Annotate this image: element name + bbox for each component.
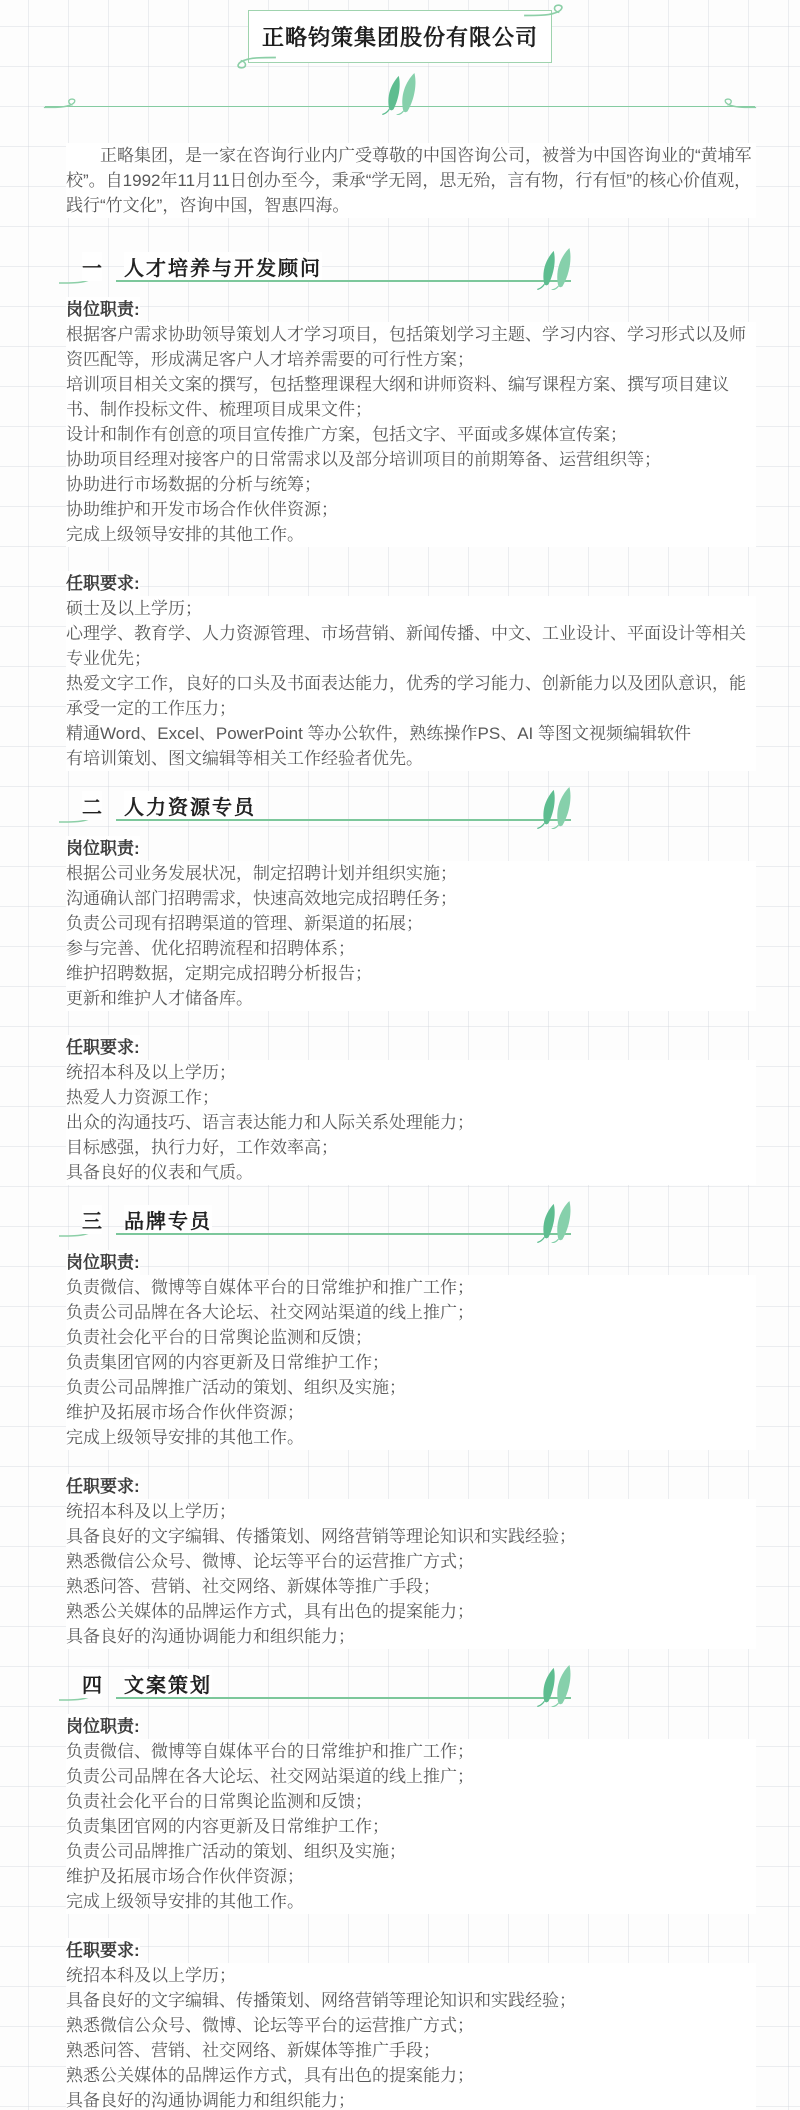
responsibilities-list: 根据公司业务发展状况，制定招聘计划并组织实施；沟通确认部门招聘需求，快速高效地完… xyxy=(66,861,756,1011)
requirements-list: 硕士及以上学历；心理学、教育学、人力资源管理、市场营销、新闻传播、中文、工业设计… xyxy=(66,596,756,771)
vine-curl-icon xyxy=(43,96,79,110)
section-title: 文案策划 xyxy=(124,1669,212,1698)
responsibilities-label: 岗位职责: xyxy=(66,297,140,322)
responsibilities-list: 根据客户需求协助领导策划人才学习项目，包括策划学习主题、学习内容、学习形式以及师… xyxy=(66,322,756,547)
section-underline xyxy=(116,280,571,282)
requirements-label: 任职要求: xyxy=(66,1474,140,1499)
bamboo-leaves-icon xyxy=(534,248,576,290)
responsibility-line: 协助进行市场数据的分析与统筹； xyxy=(66,472,756,497)
section-underline xyxy=(116,819,571,821)
responsibilities-list: 负责微信、微博等自媒体平台的日常维护和推广工作；负责公司品牌在各大论坛、社交网站… xyxy=(66,1275,756,1450)
requirement-line: 具备良好的文字编辑、传播策划、网络营销等理论知识和实践经验； xyxy=(66,1524,756,1549)
requirement-line: 熟悉微信公众号、微博、论坛等平台的运营推广方式； xyxy=(66,1549,756,1574)
responsibility-line: 负责集团官网的内容更新及日常维护工作； xyxy=(66,1814,756,1839)
responsibility-line: 负责公司品牌在各大论坛、社交网站渠道的线上推广； xyxy=(66,1764,756,1789)
responsibility-line: 维护招聘数据，定期完成招聘分析报告； xyxy=(66,961,756,986)
bamboo-leaves-icon xyxy=(379,73,421,115)
bamboo-leaves-icon xyxy=(534,787,576,829)
responsibility-line: 负责公司品牌推广活动的策划、组织及实施； xyxy=(66,1839,756,1864)
responsibility-line: 负责社会化平台的日常舆论监测和反馈； xyxy=(66,1325,756,1350)
section-number: 三 xyxy=(82,1205,102,1234)
requirements-label: 任职要求: xyxy=(66,1938,140,1963)
requirements-list: 统招本科及以上学历；具备良好的文字编辑、传播策划、网络营销等理论知识和实践经验；… xyxy=(66,1963,756,2110)
vine-curl-icon xyxy=(233,55,277,71)
section-underline xyxy=(116,1233,571,1235)
responsibility-line: 协助维护和开发市场合作伙伴资源； xyxy=(66,497,756,522)
bamboo-leaves-icon xyxy=(534,1201,576,1243)
responsibility-line: 负责公司现有招聘渠道的管理、新渠道的拓展； xyxy=(66,911,756,936)
vine-curl-icon xyxy=(523,2,567,18)
job-section: 三 品牌专员 岗位职责: 负责微信、微博等自媒体平台的日常维护和推广工作；负责公… xyxy=(66,1203,756,1649)
responsibility-line: 负责集团官网的内容更新及日常维护工作； xyxy=(66,1350,756,1375)
responsibilities-label: 岗位职责: xyxy=(66,1714,140,1739)
responsibilities-label: 岗位职责: xyxy=(66,836,140,861)
responsibility-line: 负责微信、微博等自媒体平台的日常维护和推广工作； xyxy=(66,1275,756,1300)
bamboo-leaves-icon xyxy=(534,1665,576,1707)
section-heading: 四 文案策划 xyxy=(66,1667,756,1699)
requirement-line: 熟悉公关媒体的品牌运作方式，具有出色的提案能力； xyxy=(66,2063,756,2088)
responsibilities-label: 岗位职责: xyxy=(66,1250,140,1275)
vine-curl-icon xyxy=(721,96,757,110)
responsibility-line: 设计和制作有创意的项目宣传推广方案，包括文字、平面或多媒体宣传案； xyxy=(66,422,756,447)
responsibility-line: 维护及拓展市场合作伙伴资源； xyxy=(66,1864,756,1889)
requirement-line: 统招本科及以上学历； xyxy=(66,1060,756,1085)
requirement-line: 目标感强，执行力好，工作效率高； xyxy=(66,1135,756,1160)
section-heading: 二 人力资源专员 xyxy=(66,789,756,821)
section-number: 四 xyxy=(82,1669,102,1698)
responsibility-line: 根据公司业务发展状况，制定招聘计划并组织实施； xyxy=(66,861,756,886)
requirement-line: 出众的沟通技巧、语言表达能力和人际关系处理能力； xyxy=(66,1110,756,1135)
requirement-line: 热爱人力资源工作； xyxy=(66,1085,756,1110)
requirements-label: 任职要求: xyxy=(66,1035,140,1060)
company-title-box: 正略钧策集团股份有限公司 xyxy=(248,10,552,63)
section-title: 品牌专员 xyxy=(124,1205,212,1234)
recruitment-page: 正略钧策集团股份有限公司 正略集团，是一家在咨询行业内广受尊敬的中国咨询公司，被… xyxy=(0,0,800,2110)
section-heading: 一 人才培养与开发顾问 xyxy=(66,250,756,282)
requirements-label: 任职要求: xyxy=(66,571,140,596)
requirement-line: 心理学、教育学、人力资源管理、市场营销、新闻传播、中文、工业设计、平面设计等相关… xyxy=(66,621,756,671)
requirement-line: 熟悉问答、营销、社交网络、新媒体等推广手段； xyxy=(66,1574,756,1599)
section-title: 人才培养与开发顾问 xyxy=(124,252,322,281)
requirement-line: 具备良好的仪表和气质。 xyxy=(66,1160,756,1185)
requirement-line: 精通Word、Excel、PowerPoint 等办公软件，熟练操作PS、AI … xyxy=(66,721,756,746)
responsibilities-list: 负责微信、微博等自媒体平台的日常维护和推广工作；负责公司品牌在各大论坛、社交网站… xyxy=(66,1739,756,1914)
requirement-line: 统招本科及以上学历； xyxy=(66,1963,756,1988)
responsibility-line: 完成上级领导安排的其他工作。 xyxy=(66,1425,756,1450)
requirement-line: 硕士及以上学历； xyxy=(66,596,756,621)
responsibility-line: 负责公司品牌在各大论坛、社交网站渠道的线上推广； xyxy=(66,1300,756,1325)
responsibility-line: 负责微信、微博等自媒体平台的日常维护和推广工作； xyxy=(66,1739,756,1764)
requirement-line: 熟悉微信公众号、微博、论坛等平台的运营推广方式； xyxy=(66,2013,756,2038)
company-name: 正略钧策集团股份有限公司 xyxy=(259,21,541,52)
responsibility-line: 参与完善、优化招聘流程和招聘体系； xyxy=(66,936,756,961)
responsibility-line: 负责公司品牌推广活动的策划、组织及实施； xyxy=(66,1375,756,1400)
section-heading: 三 品牌专员 xyxy=(66,1203,756,1235)
responsibility-line: 培训项目相关文案的撰写，包括整理课程大纲和讲师资料、编写课程方案、撰写项目建议书… xyxy=(66,372,756,422)
responsibility-line: 完成上级领导安排的其他工作。 xyxy=(66,522,756,547)
section-title: 人力资源专员 xyxy=(124,791,256,820)
responsibility-line: 完成上级领导安排的其他工作。 xyxy=(66,1889,756,1914)
responsibility-line: 根据客户需求协助领导策划人才学习项目，包括策划学习主题、学习内容、学习形式以及师… xyxy=(66,322,756,372)
requirement-line: 热爱文字工作，良好的口头及书面表达能力，优秀的学习能力、创新能力以及团队意识，能… xyxy=(66,671,756,721)
requirement-line: 具备良好的沟通协调能力和组织能力； xyxy=(66,1624,756,1649)
responsibility-line: 沟通确认部门招聘需求，快速高效地完成招聘任务； xyxy=(66,886,756,911)
requirement-line: 熟悉公关媒体的品牌运作方式，具有出色的提案能力； xyxy=(66,1599,756,1624)
responsibility-line: 更新和维护人才储备库。 xyxy=(66,986,756,1011)
job-section: 一 人才培养与开发顾问 岗位职责: 根据客户需求协助领导策划人才学习项目，包括策… xyxy=(66,250,756,771)
requirements-list: 统招本科及以上学历；热爱人力资源工作；出众的沟通技巧、语言表达能力和人际关系处理… xyxy=(66,1060,756,1185)
responsibility-line: 维护及拓展市场合作伙伴资源； xyxy=(66,1400,756,1425)
section-number: 二 xyxy=(82,791,102,820)
responsibility-line: 负责社会化平台的日常舆论监测和反馈； xyxy=(66,1789,756,1814)
job-section: 二 人力资源专员 岗位职责: 根据公司业务发展状况，制定招聘计划并组织实施；沟通… xyxy=(66,789,756,1185)
company-intro-paragraph: 正略集团，是一家在咨询行业内广受尊敬的中国咨询公司，被誉为中国咨询业的“黄埔军校… xyxy=(66,143,756,218)
requirement-line: 有培训策划、图文编辑等相关工作经验者优先。 xyxy=(66,746,756,771)
requirement-line: 具备良好的沟通协调能力和组织能力； xyxy=(66,2088,756,2110)
section-number: 一 xyxy=(82,252,102,281)
header-divider xyxy=(45,106,755,107)
requirements-list: 统招本科及以上学历；具备良好的文字编辑、传播策划、网络营销等理论知识和实践经验；… xyxy=(66,1499,756,1649)
job-section: 四 文案策划 岗位职责: 负责微信、微博等自媒体平台的日常维护和推广工作；负责公… xyxy=(66,1667,756,2110)
responsibility-line: 协助项目经理对接客户的日常需求以及部分培训项目的前期筹备、运营组织等； xyxy=(66,447,756,472)
requirement-line: 统招本科及以上学历； xyxy=(66,1499,756,1524)
section-underline xyxy=(116,1697,571,1699)
content-column: 正略集团，是一家在咨询行业内广受尊敬的中国咨询公司，被誉为中国咨询业的“黄埔军校… xyxy=(66,143,756,2110)
requirement-line: 熟悉问答、营销、社交网络、新媒体等推广手段； xyxy=(66,2038,756,2063)
requirement-line: 具备良好的文字编辑、传播策划、网络营销等理论知识和实践经验； xyxy=(66,1988,756,2013)
